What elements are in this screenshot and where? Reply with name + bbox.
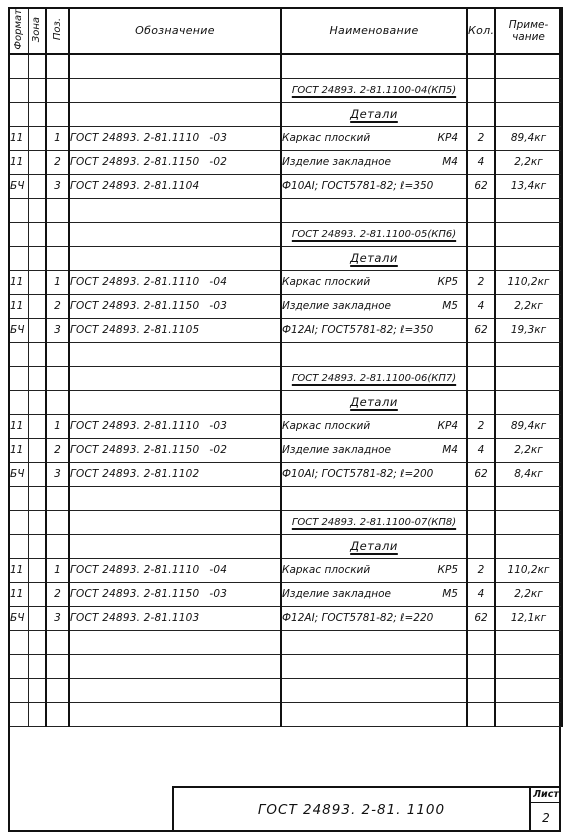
- empty-cell: [467, 390, 495, 414]
- quantity-cell: 2: [467, 270, 495, 294]
- designation-suffix: -03: [209, 420, 227, 432]
- position-cell: 2: [46, 150, 69, 174]
- assembly-title-cell: ГОСТ 24893. 2-81.1100-07(КП8): [281, 510, 467, 534]
- empty-cell: [28, 510, 46, 534]
- empty-cell: [46, 654, 69, 678]
- name-cell: Ф12АI; ГОСТ5781-82; ℓ=350: [281, 318, 467, 342]
- format-cell: 11: [9, 126, 28, 150]
- zone-cell: [28, 126, 46, 150]
- parts-heading: Детали: [282, 395, 466, 409]
- format-cell: 11: [9, 438, 28, 462]
- note-cell: 89,4кг: [495, 414, 562, 438]
- empty-cell: [495, 246, 562, 270]
- empty-cell: [28, 534, 46, 558]
- zone-cell: [28, 414, 46, 438]
- assembly-title-row: ГОСТ 24893. 2-81.1100-07(КП8): [9, 510, 562, 534]
- empty-cell: [46, 102, 69, 126]
- designation-cell: ГОСТ 24893. 2-81.1110-04: [69, 558, 281, 582]
- format-cell: 11: [9, 270, 28, 294]
- empty-cell: [495, 390, 562, 414]
- quantity-cell: 2: [467, 558, 495, 582]
- designation-cell: ГОСТ 24893. 2-81.1150-03: [69, 294, 281, 318]
- empty-row: [9, 630, 562, 654]
- empty-cell: [28, 222, 46, 246]
- table-row: 112ГОСТ 24893. 2-81.1150-03Изделие закла…: [9, 582, 562, 606]
- designation-suffix: -04: [209, 564, 227, 576]
- name-cell: Каркас плоскийКР5: [281, 558, 467, 582]
- item-code: М4: [442, 444, 458, 456]
- sheet-number: 2: [531, 803, 561, 831]
- empty-cell: [69, 630, 281, 654]
- zone-cell: [28, 150, 46, 174]
- position-cell: 1: [46, 414, 69, 438]
- designation-text: ГОСТ 24893. 2-81.1150: [70, 588, 199, 600]
- empty-cell: [46, 78, 69, 102]
- format-cell: БЧ: [9, 318, 28, 342]
- assembly-title-row: ГОСТ 24893. 2-81.1100-05(КП6): [9, 222, 562, 246]
- zone-cell: [28, 606, 46, 630]
- position-cell: 3: [46, 318, 69, 342]
- empty-cell: [46, 222, 69, 246]
- parts-heading-row: Детали: [9, 246, 562, 270]
- note-cell: 2,2кг: [495, 438, 562, 462]
- parts-heading-row: Детали: [9, 534, 562, 558]
- empty-cell: [46, 246, 69, 270]
- parts-heading-row: Детали: [9, 390, 562, 414]
- empty-cell: [495, 678, 562, 702]
- position-cell: 2: [46, 294, 69, 318]
- empty-cell: [28, 246, 46, 270]
- position-cell: 2: [46, 582, 69, 606]
- note-cell: 2,2кг: [495, 582, 562, 606]
- designation-suffix: -03: [209, 300, 227, 312]
- assembly-title-cell: ГОСТ 24893. 2-81.1100-05(КП6): [281, 222, 467, 246]
- specification-body: ГОСТ 24893. 2-81.1100-04(КП5)Детали111ГО…: [9, 54, 562, 727]
- header-note-line1: Приме-: [509, 19, 549, 31]
- empty-cell: [28, 486, 46, 510]
- parts-heading-row: Детали: [9, 102, 562, 126]
- parts-heading-cell: Детали: [281, 246, 467, 270]
- empty-cell: [9, 78, 28, 102]
- zone-cell: [28, 558, 46, 582]
- designation-cell: ГОСТ 24893. 2-81.1110-03: [69, 126, 281, 150]
- empty-cell: [9, 630, 28, 654]
- empty-cell: [467, 654, 495, 678]
- assembly-title: ГОСТ 24893. 2-81.1100-04(КП5): [282, 85, 466, 96]
- parts-heading: Детали: [282, 539, 466, 553]
- empty-row: [9, 654, 562, 678]
- assembly-title-row: ГОСТ 24893. 2-81.1100-06(КП7): [9, 366, 562, 390]
- quantity-cell: 4: [467, 438, 495, 462]
- header-note: Приме-чание: [495, 8, 562, 54]
- note-cell: 110,2кг: [495, 270, 562, 294]
- empty-cell: [28, 390, 46, 414]
- empty-cell: [9, 678, 28, 702]
- empty-cell: [495, 654, 562, 678]
- name-cell: Ф10АI; ГОСТ5781-82; ℓ=200: [281, 462, 467, 486]
- empty-cell: [28, 198, 46, 222]
- parts-heading-cell: Детали: [281, 102, 467, 126]
- name-text: Каркас плоский: [282, 420, 370, 432]
- table-row: 112ГОСТ 24893. 2-81.1150-02Изделие закла…: [9, 150, 562, 174]
- position-cell: 3: [46, 174, 69, 198]
- sheet-cell: Лист 2: [529, 788, 561, 832]
- format-cell: 11: [9, 414, 28, 438]
- empty-cell: [69, 702, 281, 726]
- name-cell: Каркас плоскийКР4: [281, 414, 467, 438]
- empty-cell: [69, 510, 281, 534]
- designation-text: ГОСТ 24893. 2-81.1110: [70, 420, 199, 432]
- designation-text: ГОСТ 24893. 2-81.1102: [70, 468, 199, 480]
- quantity-cell: 2: [467, 414, 495, 438]
- sheet-label: Лист: [531, 788, 561, 803]
- quantity-cell: 4: [467, 150, 495, 174]
- empty-cell: [467, 702, 495, 726]
- parts-heading-cell: Детали: [281, 390, 467, 414]
- empty-cell: [467, 342, 495, 366]
- empty-cell: [28, 342, 46, 366]
- empty-cell: [495, 534, 562, 558]
- empty-cell: [46, 678, 69, 702]
- empty-cell: [69, 342, 281, 366]
- header-quantity: Кол.: [467, 8, 495, 54]
- header-name-label: Наименование: [329, 24, 418, 37]
- designation-text: ГОСТ 24893. 2-81.1104: [70, 180, 199, 192]
- empty-cell: [281, 486, 467, 510]
- header-zone-label: Зона: [32, 17, 42, 42]
- header-row: Формат Зона Поз. Обозначение Наименовани…: [9, 8, 562, 54]
- empty-cell: [69, 366, 281, 390]
- empty-cell: [467, 54, 495, 79]
- note-cell: 89,4кг: [495, 126, 562, 150]
- zone-cell: [28, 270, 46, 294]
- empty-cell: [69, 486, 281, 510]
- name-cell: Изделие закладноеМ5: [281, 582, 467, 606]
- designation-cell: ГОСТ 24893. 2-81.1104: [69, 174, 281, 198]
- zone-cell: [28, 438, 46, 462]
- header-designation-label: Обозначение: [135, 24, 215, 37]
- empty-cell: [69, 198, 281, 222]
- name-text: Ф12АI; ГОСТ5781-82; ℓ=350: [282, 324, 433, 336]
- name-text: Ф10АI; ГОСТ5781-82; ℓ=200: [282, 468, 433, 480]
- designation-cell: ГОСТ 24893. 2-81.1110-03: [69, 414, 281, 438]
- empty-cell: [281, 198, 467, 222]
- document-designation: ГОСТ 24893. 2-81. 1100: [174, 788, 529, 832]
- name-text: Изделие закладное: [282, 300, 391, 312]
- empty-cell: [495, 366, 562, 390]
- name-cell: Ф12АI; ГОСТ5781-82; ℓ=220: [281, 606, 467, 630]
- note-cell: 19,3кг: [495, 318, 562, 342]
- header-format: Формат: [9, 8, 28, 54]
- quantity-cell: 62: [467, 462, 495, 486]
- empty-cell: [495, 630, 562, 654]
- header-zone: Зона: [28, 8, 46, 54]
- table-row: БЧ3ГОСТ 24893. 2-81.1103Ф12АI; ГОСТ5781-…: [9, 606, 562, 630]
- empty-cell: [69, 246, 281, 270]
- empty-row: [9, 678, 562, 702]
- empty-row: [9, 702, 562, 726]
- item-code: КР5: [438, 276, 458, 288]
- empty-cell: [9, 342, 28, 366]
- empty-cell: [9, 246, 28, 270]
- empty-cell: [28, 678, 46, 702]
- empty-cell: [281, 630, 467, 654]
- empty-cell: [495, 486, 562, 510]
- assembly-title: ГОСТ 24893. 2-81.1100-06(КП7): [282, 373, 466, 384]
- empty-cell: [28, 366, 46, 390]
- parts-heading: Детали: [282, 251, 466, 265]
- empty-cell: [9, 486, 28, 510]
- empty-cell: [46, 54, 69, 79]
- zone-cell: [28, 174, 46, 198]
- position-cell: 1: [46, 126, 69, 150]
- designation-cell: ГОСТ 24893. 2-81.1102: [69, 462, 281, 486]
- quantity-cell: 4: [467, 582, 495, 606]
- item-code: М4: [442, 156, 458, 168]
- specification-table: Формат Зона Поз. Обозначение Наименовани…: [8, 7, 563, 727]
- designation-text: ГОСТ 24893. 2-81.1105: [70, 324, 199, 336]
- note-cell: 2,2кг: [495, 294, 562, 318]
- name-text: Изделие закладное: [282, 588, 391, 600]
- position-cell: 1: [46, 558, 69, 582]
- empty-cell: [281, 654, 467, 678]
- header-position: Поз.: [46, 8, 69, 54]
- empty-cell: [9, 54, 28, 79]
- parts-heading: Детали: [282, 107, 466, 121]
- designation-cell: ГОСТ 24893. 2-81.1105: [69, 318, 281, 342]
- format-cell: 11: [9, 558, 28, 582]
- assembly-title-cell: ГОСТ 24893. 2-81.1100-06(КП7): [281, 366, 467, 390]
- empty-cell: [495, 54, 562, 79]
- name-text: Каркас плоский: [282, 564, 370, 576]
- empty-cell: [495, 342, 562, 366]
- table-row: 112ГОСТ 24893. 2-81.1150-02Изделие закла…: [9, 438, 562, 462]
- table-row: БЧ3ГОСТ 24893. 2-81.1105Ф12АI; ГОСТ5781-…: [9, 318, 562, 342]
- parts-heading-cell: Детали: [281, 534, 467, 558]
- empty-cell: [281, 702, 467, 726]
- table-row: БЧ3ГОСТ 24893. 2-81.1102Ф10АI; ГОСТ5781-…: [9, 462, 562, 486]
- header-name: Наименование: [281, 8, 467, 54]
- empty-cell: [9, 702, 28, 726]
- table-row: 111ГОСТ 24893. 2-81.1110-03Каркас плоски…: [9, 414, 562, 438]
- empty-cell: [467, 486, 495, 510]
- table-row: 112ГОСТ 24893. 2-81.1150-03Изделие закла…: [9, 294, 562, 318]
- empty-cell: [467, 510, 495, 534]
- designation-cell: ГОСТ 24893. 2-81.1110-04: [69, 270, 281, 294]
- note-cell: 110,2кг: [495, 558, 562, 582]
- empty-cell: [467, 222, 495, 246]
- zone-cell: [28, 318, 46, 342]
- empty-cell: [495, 510, 562, 534]
- section-spacer-row: [9, 486, 562, 510]
- name-text: Ф12АI; ГОСТ5781-82; ℓ=220: [282, 612, 433, 624]
- item-code: КР5: [438, 564, 458, 576]
- zone-cell: [28, 462, 46, 486]
- empty-cell: [281, 678, 467, 702]
- header-quantity-label: Кол.: [468, 24, 494, 37]
- empty-cell: [9, 390, 28, 414]
- designation-cell: ГОСТ 24893. 2-81.1150-03: [69, 582, 281, 606]
- format-cell: 11: [9, 150, 28, 174]
- position-cell: 1: [46, 270, 69, 294]
- empty-cell: [28, 54, 46, 79]
- empty-cell: [9, 534, 28, 558]
- empty-cell: [69, 54, 281, 79]
- empty-cell: [467, 246, 495, 270]
- designation-suffix: -02: [209, 444, 227, 456]
- item-code: КР4: [438, 420, 458, 432]
- format-cell: БЧ: [9, 606, 28, 630]
- empty-cell: [28, 78, 46, 102]
- position-cell: 3: [46, 462, 69, 486]
- name-cell: Ф10АI; ГОСТ5781-82; ℓ=350: [281, 174, 467, 198]
- empty-cell: [281, 54, 467, 79]
- quantity-cell: 62: [467, 318, 495, 342]
- section-spacer-row: [9, 198, 562, 222]
- note-cell: 12,1кг: [495, 606, 562, 630]
- assembly-title: ГОСТ 24893. 2-81.1100-05(КП6): [282, 229, 466, 240]
- empty-cell: [28, 102, 46, 126]
- empty-cell: [9, 198, 28, 222]
- header-note-line2: чание: [512, 31, 545, 43]
- table-row: 111ГОСТ 24893. 2-81.1110-03Каркас плоски…: [9, 126, 562, 150]
- table-row: 111ГОСТ 24893. 2-81.1110-04Каркас плоски…: [9, 270, 562, 294]
- empty-cell: [46, 510, 69, 534]
- designation-text: ГОСТ 24893. 2-81.1110: [70, 564, 199, 576]
- item-code: М5: [442, 300, 458, 312]
- zone-cell: [28, 582, 46, 606]
- designation-text: ГОСТ 24893. 2-81.1110: [70, 132, 199, 144]
- designation-suffix: -03: [209, 588, 227, 600]
- empty-cell: [46, 630, 69, 654]
- item-code: М5: [442, 588, 458, 600]
- empty-cell: [467, 198, 495, 222]
- name-text: Каркас плоский: [282, 276, 370, 288]
- empty-cell: [46, 702, 69, 726]
- name-text: Каркас плоский: [282, 132, 370, 144]
- position-cell: 3: [46, 606, 69, 630]
- empty-cell: [69, 222, 281, 246]
- empty-cell: [69, 102, 281, 126]
- table-row: БЧ3ГОСТ 24893. 2-81.1104Ф10АI; ГОСТ5781-…: [9, 174, 562, 198]
- empty-cell: [467, 78, 495, 102]
- empty-cell: [9, 222, 28, 246]
- quantity-cell: 62: [467, 174, 495, 198]
- note-cell: 13,4кг: [495, 174, 562, 198]
- quantity-cell: 4: [467, 294, 495, 318]
- name-cell: Изделие закладноеМ5: [281, 294, 467, 318]
- designation-cell: ГОСТ 24893. 2-81.1150-02: [69, 438, 281, 462]
- empty-cell: [69, 390, 281, 414]
- name-text: Ф10АI; ГОСТ5781-82; ℓ=350: [282, 180, 433, 192]
- empty-cell: [495, 102, 562, 126]
- designation-text: ГОСТ 24893. 2-81.1103: [70, 612, 199, 624]
- designation-suffix: -02: [209, 156, 227, 168]
- quantity-cell: 2: [467, 126, 495, 150]
- empty-cell: [467, 630, 495, 654]
- empty-cell: [46, 486, 69, 510]
- empty-cell: [495, 198, 562, 222]
- name-text: Изделие закладное: [282, 444, 391, 456]
- header-note-label: Приме-чание: [509, 19, 549, 43]
- empty-cell: [28, 630, 46, 654]
- empty-cell: [9, 366, 28, 390]
- empty-cell: [46, 390, 69, 414]
- item-code: КР4: [438, 132, 458, 144]
- empty-cell: [495, 702, 562, 726]
- empty-cell: [46, 198, 69, 222]
- header-position-label: Поз.: [53, 18, 63, 40]
- empty-cell: [28, 654, 46, 678]
- name-text: Изделие закладное: [282, 156, 391, 168]
- format-cell: 11: [9, 582, 28, 606]
- assembly-title-row: ГОСТ 24893. 2-81.1100-04(КП5): [9, 78, 562, 102]
- empty-cell: [467, 102, 495, 126]
- empty-cell: [69, 534, 281, 558]
- empty-cell: [467, 366, 495, 390]
- title-block: ГОСТ 24893. 2-81. 1100 Лист 2: [172, 786, 561, 832]
- empty-cell: [46, 342, 69, 366]
- designation-text: ГОСТ 24893. 2-81.1150: [70, 156, 199, 168]
- empty-cell: [495, 222, 562, 246]
- table-row: 111ГОСТ 24893. 2-81.1110-04Каркас плоски…: [9, 558, 562, 582]
- empty-cell: [9, 654, 28, 678]
- empty-cell: [69, 78, 281, 102]
- designation-text: ГОСТ 24893. 2-81.1110: [70, 276, 199, 288]
- empty-cell: [69, 678, 281, 702]
- designation-cell: ГОСТ 24893. 2-81.1150-02: [69, 150, 281, 174]
- empty-cell: [46, 534, 69, 558]
- position-cell: 2: [46, 438, 69, 462]
- empty-cell: [69, 654, 281, 678]
- empty-cell: [28, 702, 46, 726]
- designation-suffix: -04: [209, 276, 227, 288]
- assembly-title-cell: ГОСТ 24893. 2-81.1100-04(КП5): [281, 78, 467, 102]
- format-cell: БЧ: [9, 462, 28, 486]
- empty-cell: [467, 678, 495, 702]
- name-cell: Каркас плоскийКР5: [281, 270, 467, 294]
- section-spacer-row: [9, 342, 562, 366]
- header-format-label: Формат: [14, 9, 24, 50]
- section-spacer-row: [9, 54, 562, 79]
- empty-cell: [9, 102, 28, 126]
- empty-cell: [281, 342, 467, 366]
- quantity-cell: 62: [467, 606, 495, 630]
- empty-cell: [495, 78, 562, 102]
- name-cell: Каркас плоскийКР4: [281, 126, 467, 150]
- zone-cell: [28, 294, 46, 318]
- note-cell: 8,4кг: [495, 462, 562, 486]
- designation-cell: ГОСТ 24893. 2-81.1103: [69, 606, 281, 630]
- empty-cell: [9, 510, 28, 534]
- empty-cell: [46, 366, 69, 390]
- name-cell: Изделие закладноеМ4: [281, 438, 467, 462]
- note-cell: 2,2кг: [495, 150, 562, 174]
- format-cell: 11: [9, 294, 28, 318]
- name-cell: Изделие закладноеМ4: [281, 150, 467, 174]
- header-designation: Обозначение: [69, 8, 281, 54]
- designation-suffix: -03: [209, 132, 227, 144]
- assembly-title: ГОСТ 24893. 2-81.1100-07(КП8): [282, 517, 466, 528]
- format-cell: БЧ: [9, 174, 28, 198]
- designation-text: ГОСТ 24893. 2-81.1150: [70, 444, 199, 456]
- designation-text: ГОСТ 24893. 2-81.1150: [70, 300, 199, 312]
- empty-cell: [467, 534, 495, 558]
